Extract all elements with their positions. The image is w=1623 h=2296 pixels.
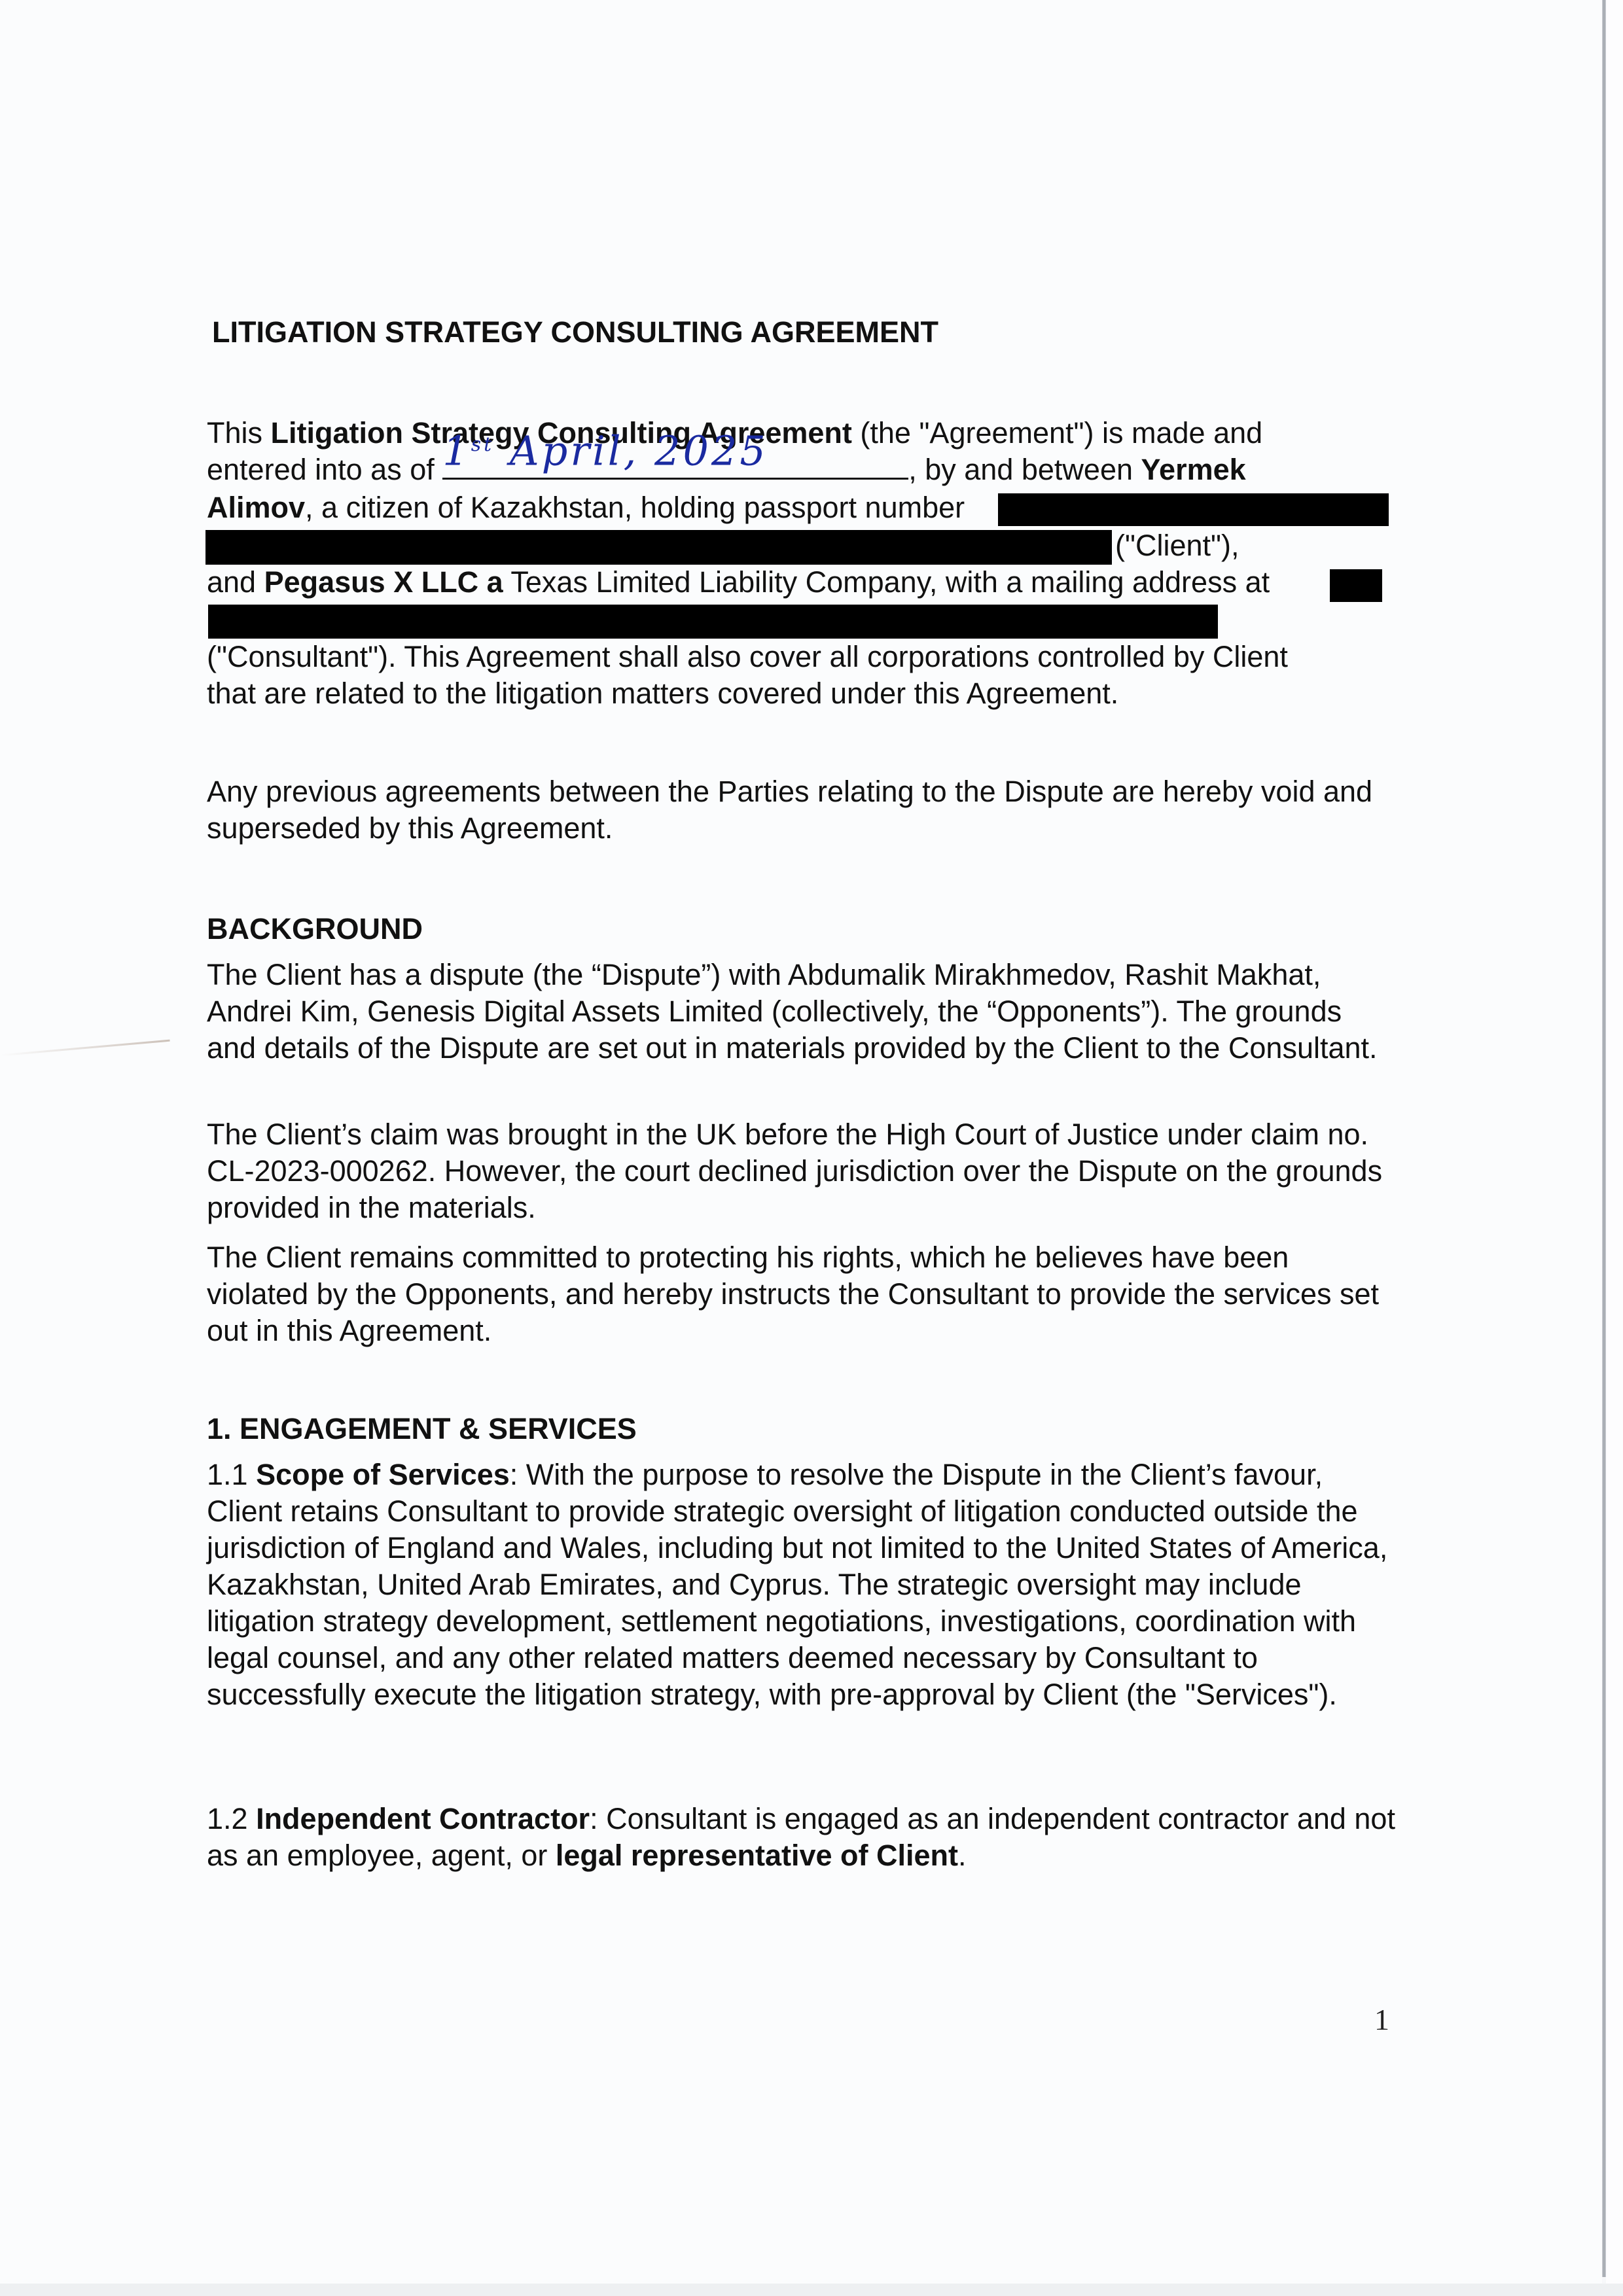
- date-field: 1st April, 2025: [442, 451, 908, 480]
- preamble-line-3: Alimov, a citizen of Kazakhstan, holding…: [207, 489, 965, 526]
- clause-text: : With the purpose to resolve the Disput…: [207, 1458, 1387, 1711]
- section-1-heading: 1. ENGAGEMENT & SERVICES: [207, 1411, 637, 1447]
- consultant-name: Pegasus X LLC a: [264, 565, 503, 599]
- text: , a citizen of Kazakhstan, holding passp…: [305, 491, 965, 524]
- clause-number: 1.1: [207, 1458, 256, 1491]
- client-label: ("Client"),: [1115, 529, 1239, 562]
- text: and: [207, 565, 264, 599]
- background-paragraph-1: The Client has a dispute (the “Dispute”)…: [207, 957, 1398, 1067]
- page-number: 1: [1374, 2002, 1389, 2037]
- redaction-client-address: [205, 530, 1112, 565]
- preamble-line-7: ("Consultant"). This Agreement shall als…: [207, 639, 1288, 675]
- redaction-consultant-address-start: [1330, 569, 1382, 602]
- scan-artifact-mark: [0, 1040, 169, 1057]
- redaction-passport-number: [998, 493, 1389, 526]
- text: This: [207, 416, 271, 450]
- preamble-line-4: ("Client"),: [1115, 527, 1239, 564]
- background-paragraph-2: The Client’s claim was brought in the UK…: [207, 1116, 1398, 1226]
- client-last-name: Alimov: [207, 491, 305, 524]
- text: , by and between: [908, 453, 1141, 486]
- preamble-line-2: entered into as of 1st April, 2025, by a…: [207, 451, 1246, 488]
- background-heading: BACKGROUND: [207, 911, 423, 947]
- scan-margin-right: [1606, 0, 1623, 2296]
- client-first-name: Yermek: [1141, 453, 1246, 486]
- clause-1-1: 1.1 Scope of Services: With the purpose …: [207, 1457, 1398, 1713]
- clause-end: .: [958, 1839, 967, 1872]
- document-page: LITIGATION STRATEGY CONSULTING AGREEMENT…: [0, 0, 1602, 2284]
- handwritten-date: 1st April, 2025: [442, 427, 768, 470]
- preamble-line-8: that are related to the litigation matte…: [207, 675, 1118, 712]
- clause-label: Independent Contractor: [256, 1802, 590, 1835]
- clause-label: Scope of Services: [256, 1458, 510, 1491]
- date-day: 1: [442, 427, 471, 475]
- clause-number: 1.2: [207, 1802, 256, 1835]
- previous-agreements-paragraph: Any previous agreements between the Part…: [207, 773, 1398, 847]
- scan-margin-bottom: [0, 2284, 1623, 2296]
- preamble-line-5: and Pegasus X LLC a Texas Limited Liabil…: [207, 564, 1270, 601]
- clause-1-2: 1.2 Independent Contractor: Consultant i…: [207, 1801, 1398, 1874]
- text: entered into as of: [207, 453, 442, 486]
- text: (the "Agreement") is made and: [852, 416, 1262, 450]
- background-paragraph-3: The Client remains committed to protecti…: [207, 1239, 1398, 1349]
- date-month-year: April, 2025: [494, 427, 768, 475]
- redaction-consultant-address: [208, 605, 1218, 639]
- document-title: LITIGATION STRATEGY CONSULTING AGREEMENT: [212, 314, 938, 351]
- date-suffix: st: [471, 433, 494, 456]
- text: Texas Limited Liability Company, with a …: [503, 565, 1270, 599]
- clause-emphasis: legal representative of Client: [556, 1839, 958, 1872]
